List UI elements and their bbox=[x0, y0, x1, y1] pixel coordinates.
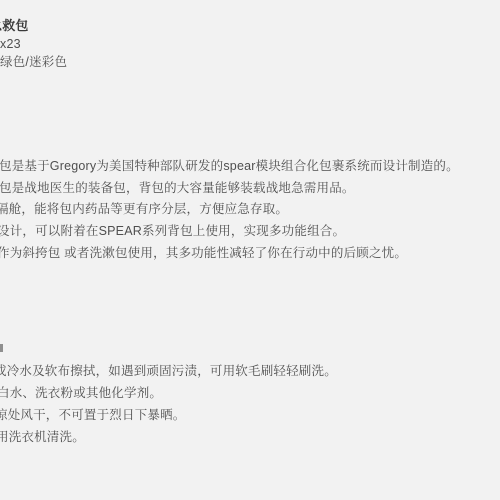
product-title: 急救包 bbox=[0, 19, 29, 33]
description-line-3: 隔舱，能将包内药品等更有序分层，方便应急存取。 bbox=[0, 202, 288, 216]
description-line-5: 作为斜挎包 或者洗漱包使用，其多功能性减轻了你在行动中的后顾之忧。 bbox=[0, 246, 407, 260]
description-line-4: 设计，可以附着在SPEAR系列背包上使用，实现多功能组合。 bbox=[0, 224, 345, 238]
care-instruction-line-3: 凉处风干，不可置于烈日下暴晒。 bbox=[0, 408, 186, 422]
product-color-option: 绿色/迷彩色 bbox=[0, 55, 67, 69]
care-instruction-line-1: 或冷水及软布擦拭，如遇到顽固污渍，可用软毛刷轻轻刷洗。 bbox=[0, 364, 337, 378]
care-instruction-line-2: 白水、洗衣粉或其他化学剂。 bbox=[0, 386, 162, 400]
product-description-page: 急救包 x23 绿色/迷彩色 包是基于Gregory为美国特种部队研发的spea… bbox=[0, 0, 500, 500]
care-instruction-line-4: 用洗衣机清洗。 bbox=[0, 430, 85, 444]
clipped-character-fragment bbox=[0, 344, 3, 352]
description-line-2: 包是战地医生的装备包，背包的大容量能够装载战地急需用品。 bbox=[0, 181, 355, 195]
product-dimensions: x23 bbox=[0, 37, 21, 51]
description-line-1: 包是基于Gregory为美国特种部队研发的spear模块组合化包裹系统而设计制造… bbox=[0, 159, 459, 173]
